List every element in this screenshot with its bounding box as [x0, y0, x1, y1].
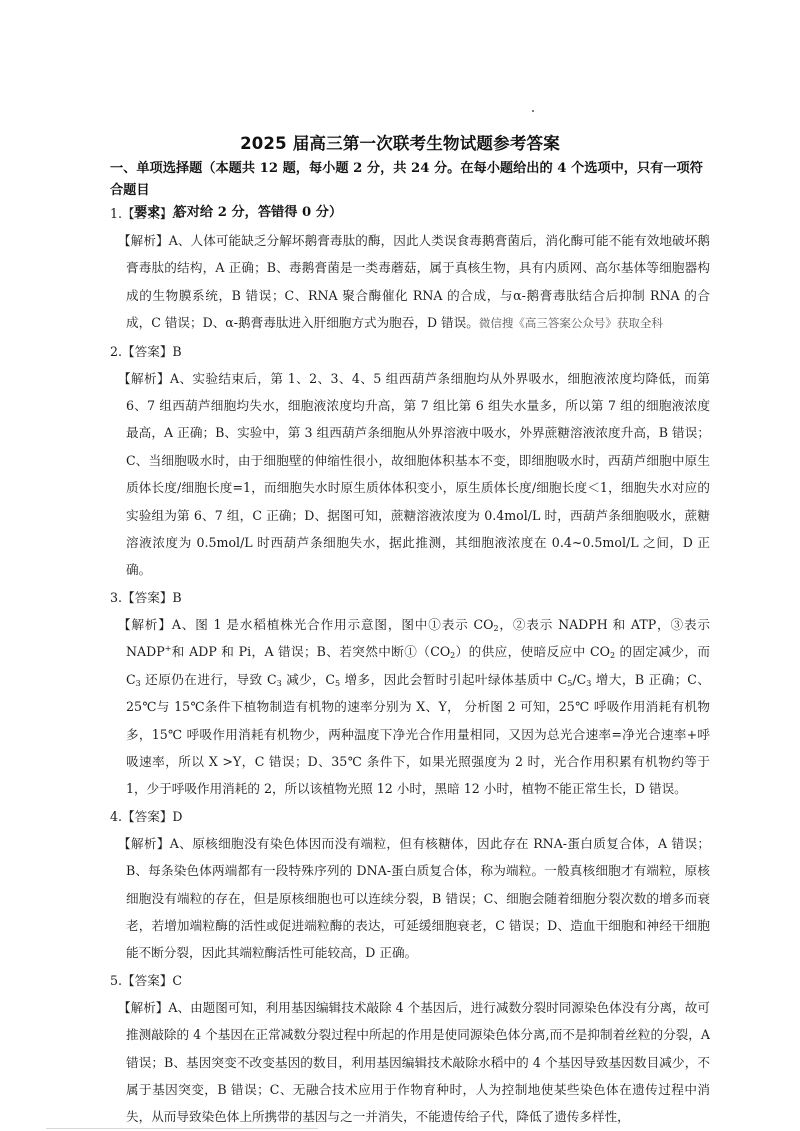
analysis-paragraph: 【解析】A、由题图可知，利用基因编辑技术敲除 4 个基因后，进行减数分裂时同源染… [110, 994, 710, 1131]
answer-line: 3.【答案】B [110, 584, 710, 611]
analysis-label: 【解析】 [118, 617, 172, 632]
analysis-text: A、原核细胞没有染色体因而没有端粒，但有核糖体，因此存在 RNA-蛋白质复合体，… [126, 836, 710, 961]
answer-value: C [172, 973, 182, 988]
analysis-label: 【解析】 [118, 836, 170, 851]
analysis-text: A、实验结束后，第 1、2、3、4、5 组西葫芦条细胞均从外界吸水，细胞液浓度均… [126, 371, 710, 578]
analysis-text: A、图 1 是水稻植株光合作用示意图，图中①表示 CO [172, 617, 494, 632]
question-number: 5. [110, 973, 122, 988]
answer-value: A [172, 206, 181, 221]
analysis-text: ）的供应，使暗反应中 CO [455, 644, 610, 659]
section-heading-line1: 一、单项选择题（本题共 12 题，每小题 2 分，共 24 分。在每小题给出的 … [110, 161, 703, 198]
document-title: 2025 届高三第一次联考生物试题参考答案 [0, 130, 800, 154]
question-number: 3. [110, 590, 122, 605]
analysis-text: A、由题图可知，利用基因编辑技术敲除 4 个基因后，进行减数分裂时同源染色体没有… [126, 1000, 710, 1125]
question-5: 5.【答案】C 【解析】A、由题图可知，利用基因编辑技术敲除 4 个基因后，进行… [110, 967, 710, 1131]
analysis-text: 减少，C [282, 672, 335, 687]
scan-speck [532, 110, 534, 112]
question-number: 1. [110, 206, 122, 221]
answer-value: D [172, 809, 182, 824]
answer-value: B [172, 590, 181, 605]
answer-label: 【答案】 [122, 344, 172, 359]
answer-label: 【答案】 [122, 590, 172, 605]
question-number: 4. [110, 809, 122, 824]
question-3: 3.【答案】B 【解析】A、图 1 是水稻植株光合作用示意图，图中①表示 CO2… [110, 584, 710, 803]
question-number: 2. [110, 344, 122, 359]
analysis-paragraph: 【解析】A、原核细胞没有染色体因而没有端粒，但有核糖体，因此存在 RNA-蛋白质… [110, 830, 710, 967]
analysis-label: 【解析】 [118, 233, 169, 248]
question-4: 4.【答案】D 【解析】A、原核细胞没有染色体因而没有端粒，但有核糖体，因此存在… [110, 803, 710, 967]
analysis-paragraph: 【解析】A、图 1 是水稻植株光合作用示意图，图中①表示 CO2，②表示 NAD… [110, 611, 710, 803]
analysis-text: 和 ADP 和 Pi，A 错误；B、若突然中断①（CO [171, 644, 450, 659]
answer-label: 【答案】 [122, 206, 172, 221]
watermark-text: 微信搜《高三答案公众号》获取全科 [479, 316, 663, 330]
question-2: 2.【答案】B 【解析】A、实验结束后，第 1、2、3、4、5 组西葫芦条细胞均… [110, 338, 710, 584]
question-1: 1.【答案】A 【解析】A、人体可能缺乏分解坏鹅膏毒肽的酶，因此人类误食毒鹅膏菌… [110, 200, 710, 338]
page-bottom-rule [46, 1128, 318, 1129]
analysis-text: /C [572, 672, 586, 687]
answer-line: 1.【答案】A [110, 200, 710, 227]
analysis-text: 增大，B 正确；C、25℃与 15℃条件下植物制造有机物的速率分别为 X、Y， … [126, 672, 710, 797]
analysis-label: 【解析】 [118, 1000, 168, 1015]
analysis-label: 【解析】 [118, 371, 170, 386]
answer-list: 1.【答案】A 【解析】A、人体可能缺乏分解坏鹅膏毒肽的酶，因此人类误食毒鹅膏菌… [110, 200, 710, 1131]
answer-value: B [172, 344, 181, 359]
answer-line: 5.【答案】C [110, 967, 710, 994]
analysis-paragraph: 【解析】A、人体可能缺乏分解坏鹅膏毒肽的酶，因此人类误食毒鹅膏菌后，消化酶可能不… [110, 227, 710, 338]
analysis-paragraph: 【解析】A、实验结束后，第 1、2、3、4、5 组西葫芦条细胞均从外界吸水，细胞… [110, 365, 710, 584]
analysis-text: 还原仍在进行，导致 C [141, 672, 277, 687]
answer-label: 【答案】 [122, 809, 172, 824]
analysis-text: 增多，因此会暂时引起叶绿体基质中 C [340, 672, 567, 687]
answer-line: 4.【答案】D [110, 803, 710, 830]
answer-line: 2.【答案】B [110, 338, 710, 365]
answer-label: 【答案】 [122, 973, 172, 988]
document-page: 2025 届高三第一次联考生物试题参考答案 一、单项选择题（本题共 12 题，每… [0, 0, 800, 1131]
